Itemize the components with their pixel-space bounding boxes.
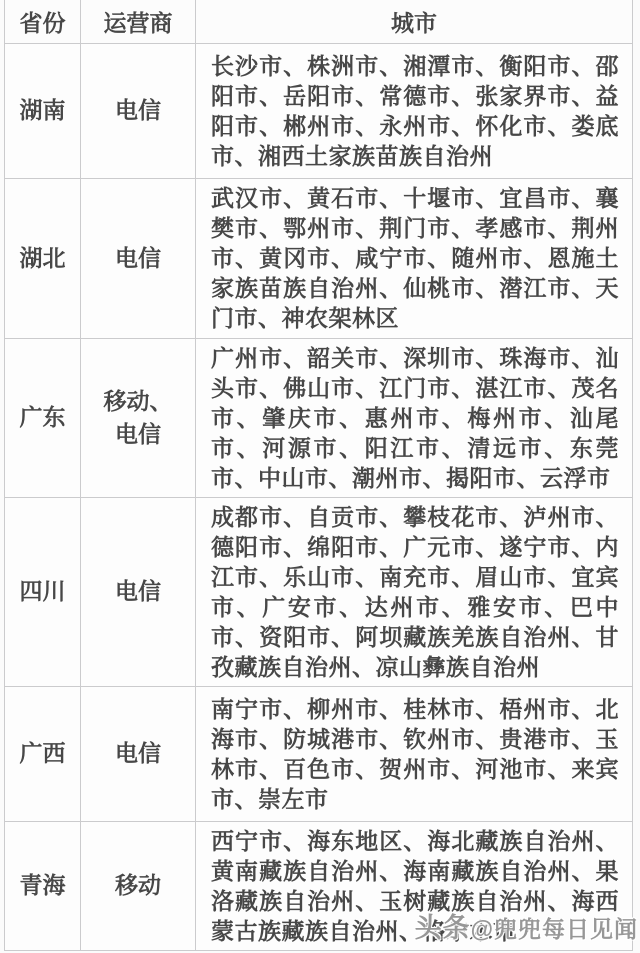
cities-cell: 广州市、韶关市、深圳市、珠海市、汕头市、佛山市、江门市、湛江市、茂名市、肇庆市、… bbox=[196, 338, 633, 497]
cities-cell: 长沙市、株洲市、湘潭市、衡阳市、邵阳市、岳阳市、常德市、张家界市、益阳市、郴州市… bbox=[196, 43, 633, 178]
operator-cell: 电信 bbox=[81, 497, 196, 686]
table-row-sichuan: 四川 电信 成都市、自贡市、攀枝花市、泸州市、德阳市、绵阳市、广元市、遂宁市、内… bbox=[5, 497, 633, 686]
operator-cell: 电信 bbox=[81, 686, 196, 821]
province-operator-city-table: 省份 运营商 城市 湖南 电信 长沙市、株洲市、湘潭市、衡阳市、邵阳市、岳阳市、… bbox=[4, 0, 633, 951]
province-cell: 广东 bbox=[5, 338, 81, 497]
watermark-handle: @兜兜每日见闻 bbox=[471, 916, 638, 942]
cities-cell: 武汉市、黄石市、十堰市、宜昌市、襄樊市、鄂州市、荆门市、孝感市、荆州市、黄冈市、… bbox=[196, 178, 633, 338]
column-header-province: 省份 bbox=[5, 0, 81, 43]
header-row: 省份 运营商 城市 bbox=[5, 0, 633, 43]
province-cell: 湖南 bbox=[5, 43, 81, 178]
cities-cell: 南宁市、柳州市、桂林市、梧州市、北海市、防城港市、钦州市、贵港市、玉林市、百色市… bbox=[196, 686, 633, 821]
column-header-city: 城市 bbox=[196, 0, 633, 43]
province-cell: 广西 bbox=[5, 686, 81, 821]
operator-cell: 移动、 电信 bbox=[81, 338, 196, 497]
operator-cell: 移动 bbox=[81, 821, 196, 950]
page: 省份 运营商 城市 湖南 电信 长沙市、株洲市、湘潭市、衡阳市、邵阳市、岳阳市、… bbox=[0, 0, 640, 953]
province-cell: 青海 bbox=[5, 821, 81, 950]
cities-cell: 成都市、自贡市、攀枝花市、泸州市、德阳市、绵阳市、广元市、遂宁市、内江市、乐山市… bbox=[196, 497, 633, 686]
province-cell: 四川 bbox=[5, 497, 81, 686]
watermark-brand: 头条 bbox=[415, 913, 471, 943]
table-row-guangdong: 广东 移动、 电信 广州市、韶关市、深圳市、珠海市、汕头市、佛山市、江门市、湛江… bbox=[5, 338, 633, 497]
province-cell: 湖北 bbox=[5, 178, 81, 338]
table-row-guangxi: 广西 电信 南宁市、柳州市、桂林市、梧州市、北海市、防城港市、钦州市、贵港市、玉… bbox=[5, 686, 633, 821]
watermark: 头条@兜兜每日见闻 bbox=[415, 906, 638, 945]
operator-cell: 电信 bbox=[81, 43, 196, 178]
column-header-operator: 运营商 bbox=[81, 0, 196, 43]
table-row-hunan: 湖南 电信 长沙市、株洲市、湘潭市、衡阳市、邵阳市、岳阳市、常德市、张家界市、益… bbox=[5, 43, 633, 178]
operator-cell: 电信 bbox=[81, 178, 196, 338]
table-row-hubei: 湖北 电信 武汉市、黄石市、十堰市、宜昌市、襄樊市、鄂州市、荆门市、孝感市、荆州… bbox=[5, 178, 633, 338]
